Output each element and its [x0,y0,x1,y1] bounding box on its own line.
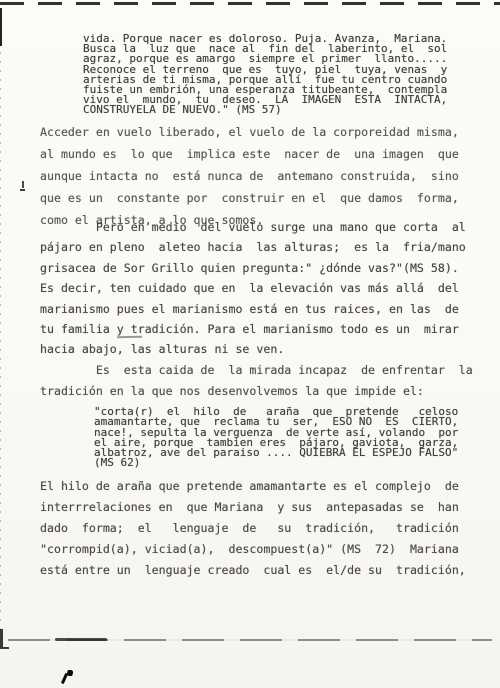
text-line: aunque intacta no está nunca de antemano… [40,165,459,187]
text-line: dado forma; el lenguaje de su tradición,… [40,518,466,539]
text-line: tradición en la que nos desenvolvemos la… [40,381,473,402]
scanned-page: vida. Porque nacer es doloroso. Puja. Av… [0,0,500,688]
paragraph-4: El hilo de araña que pretende amamantart… [40,476,466,581]
text-line: Es esta caida de la mirada incapaz de en… [40,360,473,381]
text-line: tu familia y tradición. Para el marianis… [40,319,466,339]
text-layer: vida. Porque nacer es doloroso. Puja. Av… [0,0,500,688]
blockquote-2: "corta(r) el hilo de araña que pretende … [94,407,458,469]
text-line: Acceder en vuelo liberado, el vuelo de l… [40,121,459,143]
paragraph-1: Acceder en vuelo liberado, el vuelo de l… [40,121,459,231]
scan-line-bottom-dark-segment [55,638,107,641]
text-line: "corrompid(a), viciad(a), descompuest(a)… [40,539,466,560]
text-line: Es decir, ten cuidado que en la elevació… [40,278,466,298]
text-line: Pero en medio del vuelo surge una mano q… [40,217,466,237]
text-line: interrrelaciones en que Mariana y sus an… [40,497,466,518]
blockquote-1: vida. Porque nacer es doloroso. Puja. Av… [83,34,447,116]
text-line: albatroz, ave del paraiso .... QUIEBRA E… [94,448,458,458]
paragraph-3: Es esta caida de la mirada incapaz de en… [40,360,473,401]
paragraph-2: Pero en medio del vuelo surge una mano q… [40,217,466,360]
handwritten-check-mark [63,670,74,684]
scan-corner-mark-bottom-left [0,629,9,649]
text-line: pájaro en pleno aleteo hacia las alturas… [40,237,466,257]
text-line: grisacea de Sor Grillo quien pregunta:" … [40,258,466,278]
handwritten-margin-mark [19,181,26,192]
text-line-citation: (MS 62) [94,458,458,468]
text-line: hacia abajo, las alturas ni se ven. [40,339,466,359]
text-line: marianismo pues el marianismo está en tu… [40,299,466,319]
text-line: El hilo de araña que pretende amamantart… [40,476,466,497]
text-line: está entre un lenguaje creado cual es el… [40,560,466,581]
text-line: al mundo es lo que implica este nacer de… [40,143,459,165]
text-line: que es un constante por construir en el … [40,187,459,209]
text-line-citation: CONSTRUYELA DE NUEVO." (MS 57) [83,105,447,115]
